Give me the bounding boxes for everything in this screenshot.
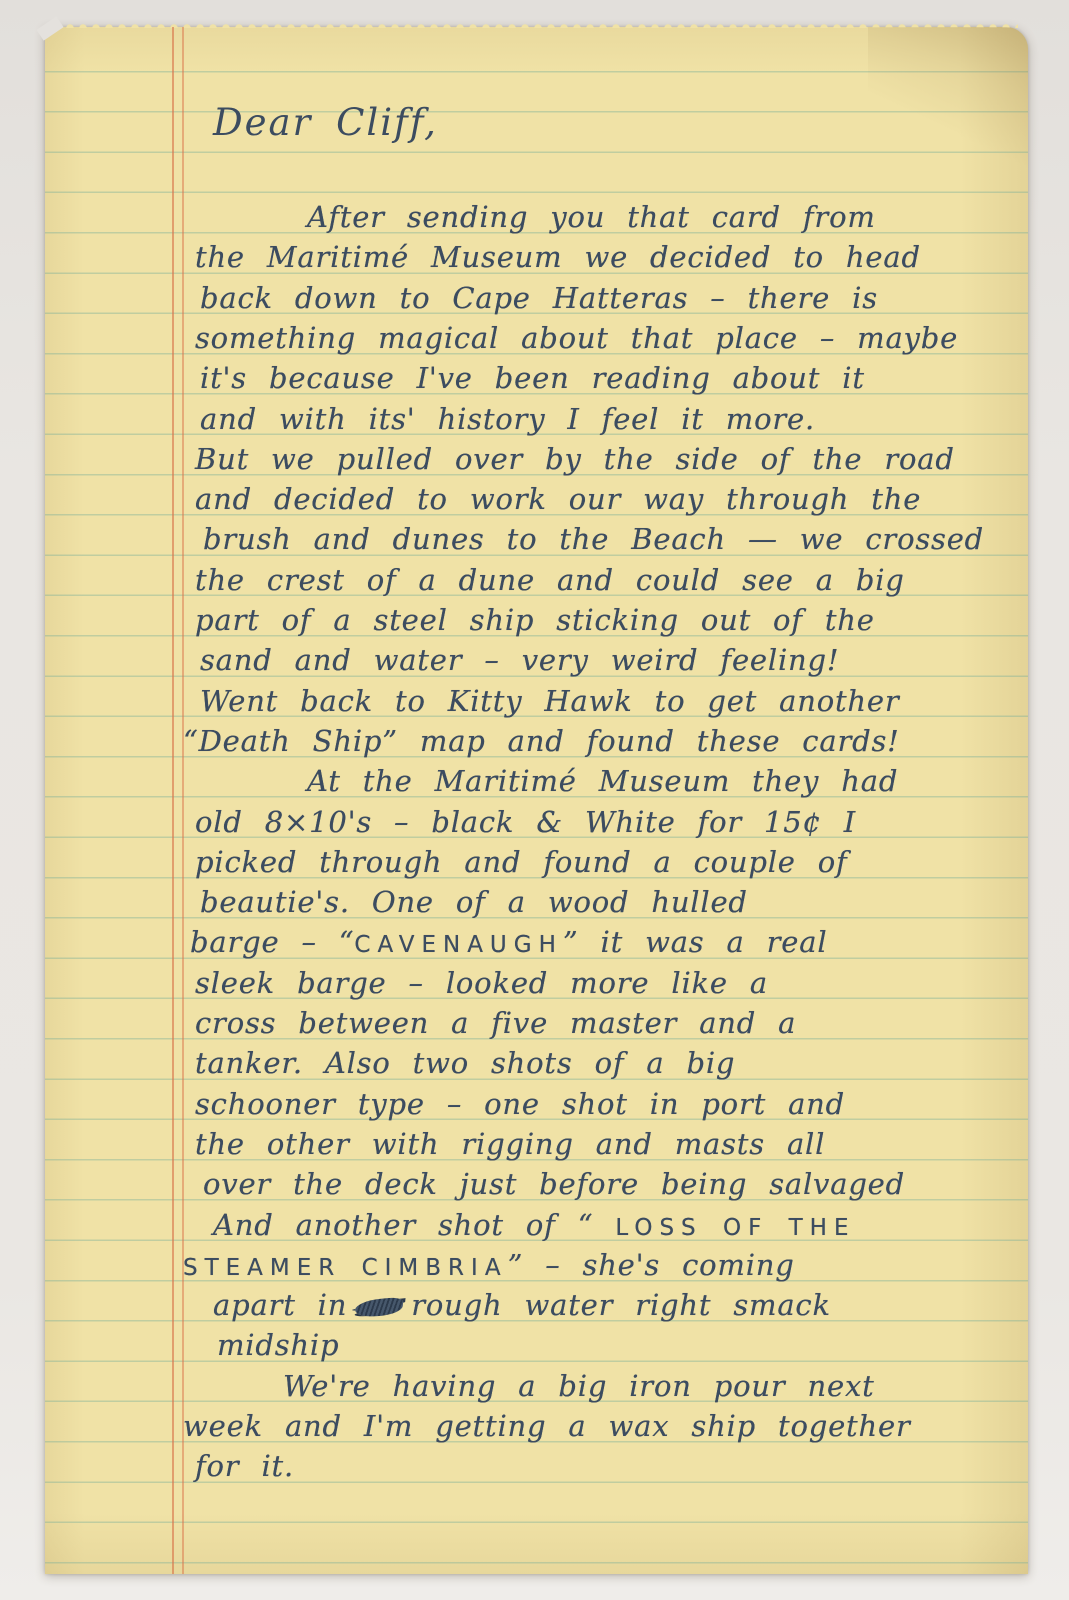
letter-line-12: sand and water – very weird feeling! [200, 640, 839, 680]
letter-line-2: the Maritimé Museum we decided to head [195, 237, 921, 277]
letter-line-7: But we pulled over by the side of the ro… [195, 439, 955, 479]
handwriting-text: “Death Ship” map and found these cards! [183, 724, 900, 758]
handwriting-text: the Maritimé Museum we decided to head [195, 240, 921, 274]
handwriting-text: it's because I've been reading about it [200, 361, 865, 395]
letter-line-1: After sending you that card from [307, 197, 876, 237]
handwriting-text: over the deck just before being salvaged [203, 1167, 905, 1201]
letter-line-17: picked through and found a couple of [195, 842, 848, 882]
letter-line-10: the crest of a dune and could see a big [195, 560, 905, 600]
letter-line-28: apart inrough water right smack [213, 1285, 831, 1325]
letter-line-9: brush and dunes to the Beach — we crosse… [203, 519, 984, 559]
handwriting-text: old 8×10's – black & White for 15¢ I [195, 805, 856, 839]
letter-paper: Dear Cliff, After sending you that card … [45, 27, 1028, 1574]
letter-line-29: midship [217, 1325, 339, 1365]
letter-line-16: old 8×10's – black & White for 15¢ I [195, 802, 856, 842]
handwriting-text: barge – “ [190, 925, 354, 959]
handwriting-text: week and I'm getting a wax ship together [183, 1409, 911, 1443]
handwriting-text: the other with rigging and masts all [195, 1127, 825, 1161]
letter-line-23: schooner type – one shot in port and [195, 1084, 845, 1124]
letter-line-20: sleek barge – looked more like a [195, 963, 768, 1003]
handwriting-text: At the Maritimé Museum they had [307, 764, 898, 798]
handwriting-text: picked through and found a couple of [195, 845, 848, 879]
letter-line-4: something magical about that place – may… [195, 318, 958, 358]
letter-line-8: and decided to work our way through the [195, 479, 921, 519]
handwriting-text: ” – she's coming [508, 1248, 795, 1282]
printed-caps-text: STEAMER CIMBRIA [183, 1255, 508, 1281]
photo-background: Dear Cliff, After sending you that card … [0, 0, 1069, 1600]
handwriting-text: the crest of a dune and could see a big [195, 563, 905, 597]
handwriting-text: Went back to Kitty Hawk to get another [200, 684, 900, 718]
handwriting-text: midship [217, 1328, 339, 1362]
letter-line-15: At the Maritimé Museum they had [307, 761, 898, 801]
handwriting-text: And another shot of “ [213, 1208, 615, 1242]
letter-line-18: beautie's. One of a wood hulled [200, 882, 748, 922]
handwriting-text: We're having a big iron pour next [283, 1369, 875, 1403]
letter-line-27: STEAMER CIMBRIA” – she's coming [183, 1245, 795, 1288]
letter-line-32: for it. [195, 1446, 294, 1486]
handwriting-text: schooner type – one shot in port and [195, 1087, 845, 1121]
handwriting-text: part of a steel ship sticking out of the [195, 603, 875, 637]
handwriting-text: for it. [195, 1449, 294, 1483]
letter-line-31: week and I'm getting a wax ship together [183, 1406, 911, 1446]
handwriting-text: something magical about that place – may… [195, 321, 958, 355]
handwriting-text: back down to Cape Hatteras – there is [200, 281, 878, 315]
handwriting-text: sleek barge – looked more like a [195, 966, 768, 1000]
scribbled-out-word [354, 1296, 404, 1318]
salutation: Dear Cliff, [213, 101, 438, 144]
handwriting-text: and with its' history I feel it more. [200, 402, 815, 436]
handwriting-text: rough water right smack [411, 1288, 831, 1322]
letter-line-19: barge – “CAVENAUGH” it was a real [190, 922, 827, 965]
handwriting-text: brush and dunes to the Beach — we crosse… [203, 522, 984, 556]
handwriting-text: sand and water – very weird feeling! [200, 643, 839, 677]
handwriting-text: apart in [213, 1288, 347, 1322]
handwriting-text: tanker. Also two shots of a big [195, 1046, 735, 1080]
letter-line-5: it's because I've been reading about it [200, 358, 865, 398]
handwriting-text: After sending you that card from [307, 200, 876, 234]
printed-caps-text: LOSS OF THE [615, 1215, 855, 1241]
letter-line-22: tanker. Also two shots of a big [195, 1043, 735, 1083]
printed-caps-text: CAVENAUGH [354, 932, 562, 958]
handwriting-text: cross between a five master and a [195, 1006, 796, 1040]
letter-line-25: over the deck just before being salvaged [203, 1164, 905, 1204]
letter-line-21: cross between a five master and a [195, 1003, 796, 1043]
handwriting-text: But we pulled over by the side of the ro… [195, 442, 955, 476]
letter-line-13: Went back to Kitty Hawk to get another [200, 681, 900, 721]
letter-line-6: and with its' history I feel it more. [200, 399, 815, 439]
letter-line-14: “Death Ship” map and found these cards! [183, 721, 900, 761]
letter-body: Dear Cliff, After sending you that card … [45, 27, 1028, 1574]
handwriting-text: ” it was a real [563, 925, 828, 959]
handwriting-text: beautie's. One of a wood hulled [200, 885, 748, 919]
letter-line-30: We're having a big iron pour next [283, 1366, 875, 1406]
handwriting-text: and decided to work our way through the [195, 482, 921, 516]
letter-line-3: back down to Cape Hatteras – there is [200, 278, 878, 318]
letter-line-11: part of a steel ship sticking out of the [195, 600, 875, 640]
letter-line-26: And another shot of “ LOSS OF THE [213, 1205, 856, 1248]
letter-line-24: the other with rigging and masts all [195, 1124, 825, 1164]
